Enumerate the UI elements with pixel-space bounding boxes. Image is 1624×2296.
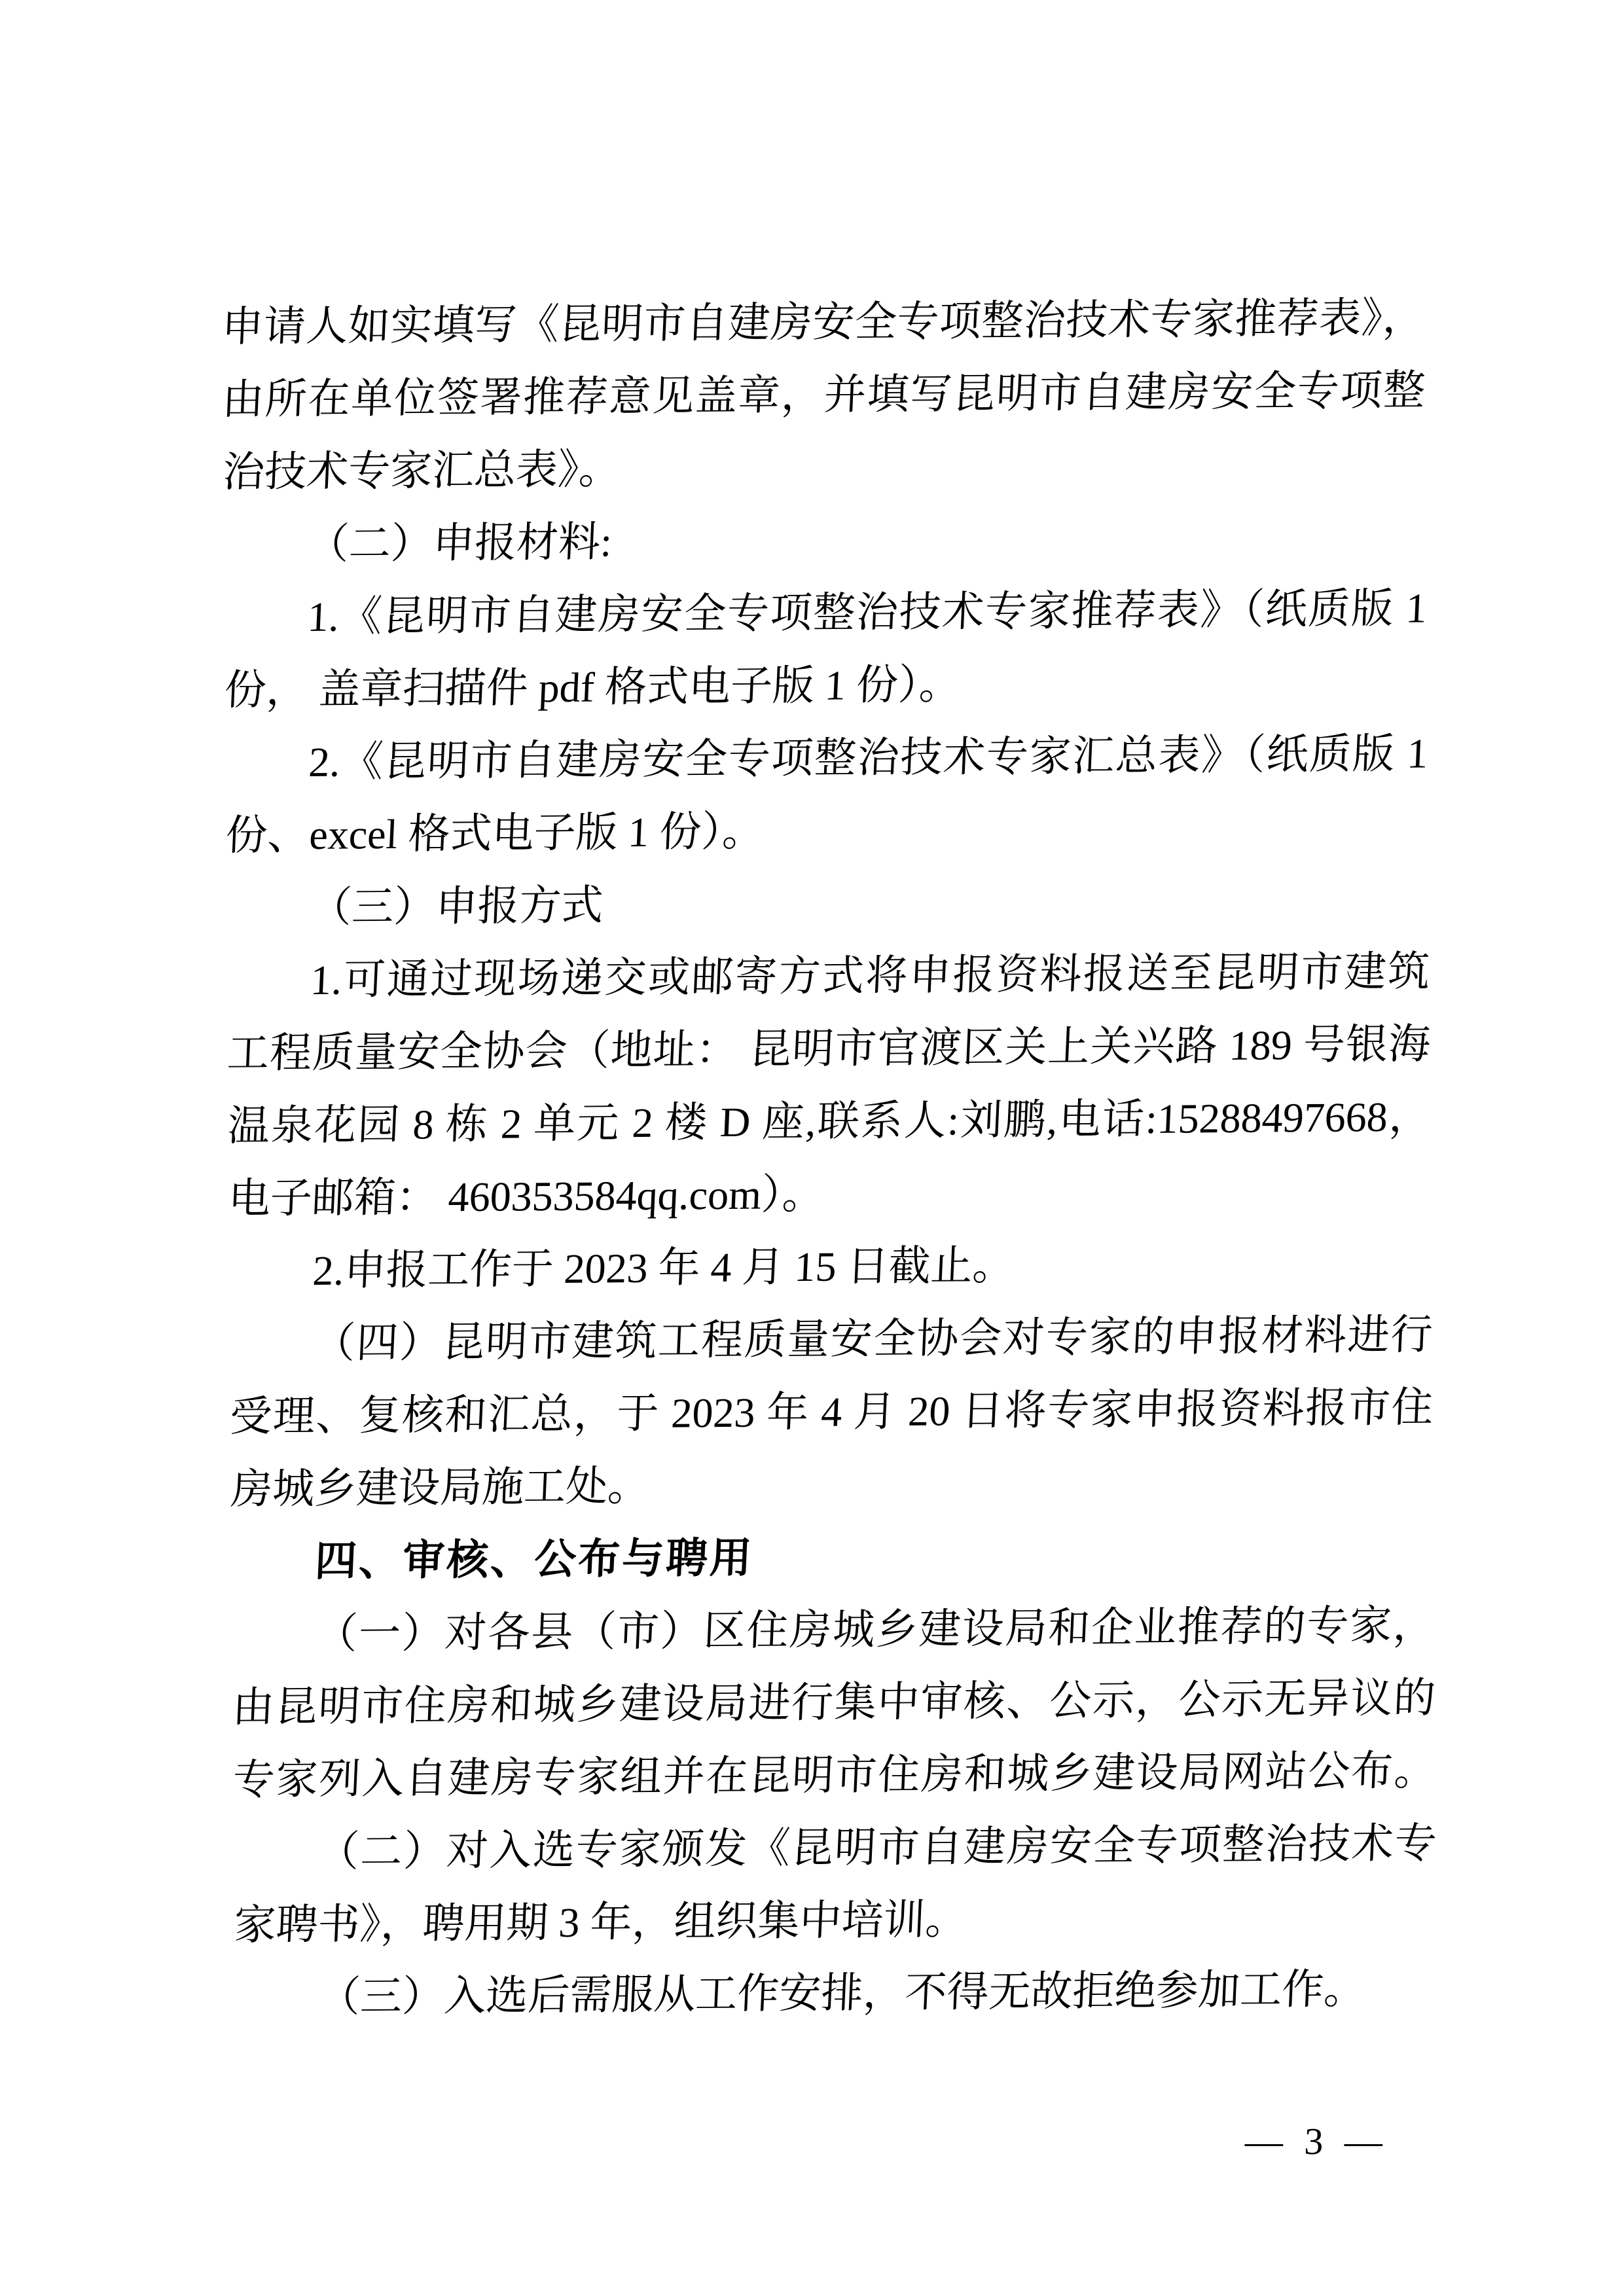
body-line: 由昆明市住房和城乡建设局进行集中审核、公示，公示无异议的 xyxy=(231,1661,1437,1743)
body-line: （三）申报方式 xyxy=(225,863,1431,944)
document-body: 申请人如实填写《昆明市自建房安全专项整治技术专家推荐表》，由所在单位签署推荐意见… xyxy=(221,281,1438,2034)
body-line: （二）对入选专家颁发《昆明市自建房安全专项整治技术专 xyxy=(232,1806,1438,1888)
body-line: （二）申报材料: xyxy=(222,499,1428,581)
body-line: 电子邮箱： 460353584qq.com）。 xyxy=(226,1153,1433,1235)
body-line: 份、excel 格式电子版 1 份）。 xyxy=(224,790,1430,872)
body-line: 温泉花园 8 栋 2 单元 2 楼 D 座,联系人:刘鹏,电话:15288497… xyxy=(226,1081,1433,1162)
body-line: （四）昆明市建筑工程质量安全协会对专家的申报材料进行 xyxy=(228,1298,1434,1380)
body-line: 申请人如实填写《昆明市自建房安全专项整治技术专家推荐表》， xyxy=(220,281,1426,363)
body-line: 治技术专家汇总表》。 xyxy=(221,427,1428,509)
section-heading: 四、审核、公布与聘用 xyxy=(230,1516,1436,1598)
body-line: （三）入选后需服从工作安排，不得无故拒绝参加工作。 xyxy=(233,1952,1439,2034)
scanned-page: 申请人如实填写《昆明市自建房安全专项整治技术专家推荐表》，由所在单位签署推荐意见… xyxy=(0,0,1624,2296)
body-line: 1.《昆明市自建房安全专项整治技术专家推荐表》（纸质版 1 xyxy=(222,572,1428,654)
body-line: 由所在单位签署推荐意见盖章，并填写昆明市自建房安全专项整 xyxy=(221,354,1427,436)
body-line: 2.《昆明市自建房安全专项整治技术专家汇总表》（纸质版 1 xyxy=(223,717,1430,799)
body-line: 1.可通过现场递交或邮寄方式将申报资料报送至昆明市建筑 xyxy=(225,935,1432,1017)
body-line: （一）对各县（市）区住房城乡建设局和企业推荐的专家， xyxy=(230,1588,1437,1670)
body-line: 2.申报工作于 2023 年 4 月 15 日截止。 xyxy=(227,1225,1434,1307)
body-line: 房城乡建设局施工处。 xyxy=(229,1443,1435,1525)
body-line: 工程质量安全协会（地址： 昆明市官渡区关上关兴路 189 号银海 xyxy=(226,1008,1432,1090)
body-line: 家聘书》，聘用期 3 年，组织集中培训。 xyxy=(232,1879,1439,1961)
body-line: 份， 盖章扫描件 pdf 格式电子版 1 份）。 xyxy=(223,645,1429,726)
page-number: — 3 — xyxy=(1244,2119,1386,2163)
body-line: 受理、复核和汇总，于 2023 年 4 月 20 日将专家申报资料报市住 xyxy=(228,1371,1435,1452)
body-line: 专家列入自建房专家组并在昆明市住房和城乡建设局网站公布。 xyxy=(231,1734,1437,1816)
